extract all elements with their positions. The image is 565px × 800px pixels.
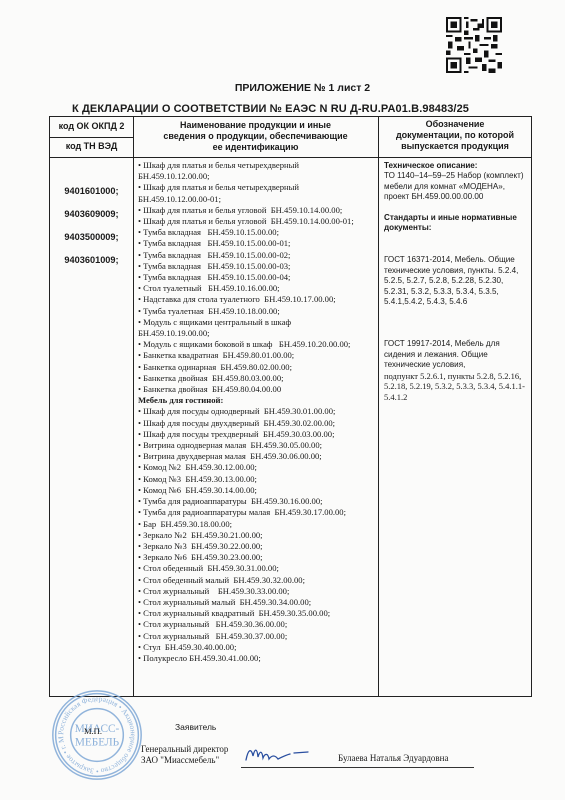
header-product-name: Наименование продукции и иные сведения о… (133, 120, 378, 153)
header-text: ее идентификацию (133, 142, 378, 153)
product-item: БН.459.10.12.00.00; (138, 171, 376, 182)
tech-description-label: Техническое описание: (384, 161, 530, 171)
product-item: • Тумба для радиоаппаратуры малая БН.459… (138, 507, 376, 518)
product-item: • Модуль с ящиками центральный в шкаф (138, 317, 376, 328)
signature-icon (242, 742, 322, 766)
header-divider (50, 157, 531, 158)
product-item: • Зеркало №3 БН.459.30.22.00.00; (138, 541, 376, 552)
product-list: • Шкаф для платья и белья четырехдверный… (138, 160, 376, 664)
column-divider (133, 117, 134, 696)
product-item: • Стол обеденный БН.459.30.31.00.00; (138, 563, 376, 574)
product-item: БН.459.10.12.00.00-01; (138, 194, 376, 205)
product-item: • Шкаф для платья и белья угловой БН.459… (138, 205, 376, 216)
product-item: • Витрина однодверная малая БН.459.30.05… (138, 440, 376, 451)
appendix-title: ПРИЛОЖЕНИЕ № 1 лист 2 (0, 82, 565, 94)
tn-ved-code: 9401601000; (50, 185, 133, 208)
product-item: • Тумба вкладная БН.459.10.15.00.00; (138, 227, 376, 238)
product-item: • Тумба для радиоаппаратуры БН.459.30.16… (138, 496, 376, 507)
header-text: Обозначение (378, 119, 532, 130)
header-okpd2: код ОК ОКПД 2 (50, 121, 133, 132)
product-item: • Шкаф для платья и белья угловой БН.459… (138, 216, 376, 227)
signature-line (241, 767, 474, 768)
product-item: • Шкаф для платья и белья четырехдверный (138, 182, 376, 193)
tn-ved-code: 9403601009; (50, 254, 133, 277)
product-item: • Банкетка квадратная БН.459.80.01.00.00… (138, 350, 376, 361)
product-item: • Шкаф для посуды трехдверный БН.459.30.… (138, 429, 376, 440)
header-text: выпускается продукция (378, 141, 532, 152)
product-item: • Тумба вкладная БН.459.10.15.00.00-03; (138, 261, 376, 272)
product-item: • Модуль с ящиками боковой в шкаф БН.459… (138, 339, 376, 350)
product-item: • Зеркало №2 БН.459.30.21.00.00; (138, 530, 376, 541)
product-item: • Стол туалетный БН.459.10.16.00.00; (138, 283, 376, 294)
product-item: • Стол журнальный БН.459.30.37.00.00; (138, 631, 376, 642)
gost-19917-title: ГОСТ 19917-2014, Мебель для сидения и ле… (384, 339, 530, 370)
standards-label: Стандарты и иные нормативные документы: (384, 213, 530, 234)
declaration-title: К ДЕКЛАРАЦИИ О СООТВЕТСТВИИ № ЕАЭС N RU … (72, 103, 469, 115)
tech-description-text: ТО 1140–14–59–25 Набор (комплект) мебели… (384, 171, 530, 202)
signer-position: Генеральный директор ЗАО "Миассмебель" (141, 744, 228, 766)
product-item: • Стол журнальный БН.459.30.33.00.00; (138, 586, 376, 597)
product-item: БН.459.10.19.00.00; (138, 328, 376, 339)
product-item: • Надставка для стола туалетного БН.459.… (138, 294, 376, 305)
header-text: сведения о продукции, обеспечивающие (133, 131, 378, 142)
column-divider (378, 117, 379, 696)
gost-19917-points: подпункт 5.2.6.1, пункты 5.2.8, 5.2.16, … (384, 371, 530, 402)
header-text: Наименование продукции и иные (133, 120, 378, 131)
documentation-cell: Техническое описание: ТО 1140–14–59–25 Н… (384, 161, 530, 412)
product-item: • Стол журнальный малый БН.459.30.34.00.… (138, 597, 376, 608)
product-item: • Шкаф для посуды двухдверный БН.459.30.… (138, 418, 376, 429)
seal-place-label: М.П. (84, 726, 102, 736)
signer-name: Булаева Наталья Эдуардовна (338, 753, 448, 763)
svg-text:МЕБЕЛЬ: МЕБЕЛЬ (75, 736, 120, 748)
tn-ved-code: 9403500009; (50, 231, 133, 254)
header-tn-ved: код ТН ВЭД (50, 141, 133, 152)
product-item: • Комод №3 БН.459.30.13.00.00; (138, 474, 376, 485)
product-item: • Зеркало №6 БН.459.30.23.00.00; (138, 552, 376, 563)
position-title: Генеральный директор (141, 744, 228, 755)
company-name: ЗАО "Миассмебель" (141, 755, 228, 766)
product-item: • Шкаф для посуды однодверный БН.459.30.… (138, 406, 376, 417)
product-item: • Банкетка одинарная БН.459.80.02.00.00; (138, 362, 376, 373)
product-item: • Тумба туалетная БН.459.10.18.00.00; (138, 306, 376, 317)
product-item: • Стол журнальный БН.459.30.36.00.00; (138, 619, 376, 630)
product-item: • Тумба вкладная БН.459.10.15.00.00-01; (138, 238, 376, 249)
gost-16371: ГОСТ 16371-2014, Мебель. Общие техническ… (384, 255, 530, 307)
product-item: • Банкетка двойная БН.459.80.03.00.00; (138, 373, 376, 384)
product-item: • Тумба вкладная БН.459.10.15.00.00-04; (138, 272, 376, 283)
header-text: документации, по которой (378, 130, 532, 141)
product-item: • Комод №6 БН.459.30.14.00.00; (138, 485, 376, 496)
applicant-label: Заявитель (175, 722, 216, 732)
product-item: • Витрина двухдверная малая БН.459.30.06… (138, 451, 376, 462)
tn-ved-codes: 9401601000; 9403609009; 9403500009; 9403… (50, 185, 133, 277)
tn-ved-code: 9403609009; (50, 208, 133, 231)
product-item: • Стол журнальный квадратный БН.459.30.3… (138, 608, 376, 619)
product-item: • Стул БН.459.30.40.00.00; (138, 642, 376, 653)
product-item: • Стол обеденный малый БН.459.30.32.00.0… (138, 575, 376, 586)
product-item: • Тумба вкладная БН.459.10.15.00.00-02; (138, 250, 376, 261)
section-heading: Мебель для гостиной: (138, 395, 376, 406)
qr-code-icon (446, 12, 502, 78)
product-item: • Шкаф для платья и белья четырехдверный (138, 160, 376, 171)
products-table: код ОК ОКПД 2 код ТН ВЭД Наименование пр… (49, 116, 532, 697)
header-documentation: Обозначение документации, по которой вып… (378, 119, 532, 152)
product-item: • Банкетка двойная БН.459.80.04.00.00 (138, 384, 376, 395)
row-divider (50, 137, 133, 138)
product-item: • Комод №2 БН.459.30.12.00.00; (138, 462, 376, 473)
product-item: • Бар БН.459.30.18.00.00; (138, 519, 376, 530)
product-item: • Полукресло БН.459.30.41.00.00; (138, 653, 376, 664)
